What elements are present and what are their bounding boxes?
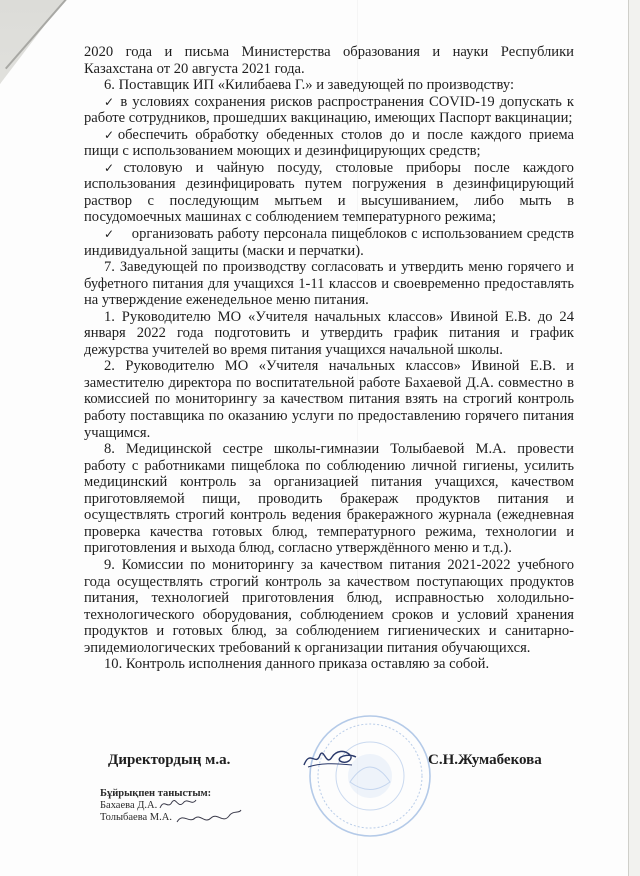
checkmark-icon: ✓ [104, 161, 124, 175]
signature-tolybaeva-icon [175, 808, 245, 828]
paragraph-continuation: 2020 года и письма Министерства образова… [84, 44, 574, 77]
official-stamp-icon [300, 712, 440, 844]
checklist-text: организовать работу персонала пищеблоков… [84, 226, 574, 259]
checkmark-icon: ✓ [104, 95, 115, 109]
paragraph-8: 8. Медицинской сестре школы-гимназии Тол… [84, 441, 574, 557]
paragraph-2: 2. Руководителю МО «Учителя начальных кл… [84, 358, 574, 441]
checklist-item: ✓ организовать работу персонала пищеблок… [84, 226, 574, 259]
signature-block: Директордың м.а. С.Н.Жумабекова [108, 752, 588, 774]
checklist-item: ✓столовую и чайную посуду, столовые приб… [84, 160, 574, 226]
paragraph-10: 10. Контроль исполнения данного приказа … [84, 656, 574, 673]
checklist-item: ✓обеспечить обработку обеденных столов д… [84, 127, 574, 160]
checklist-text: обеспечить обработку обеденных столов до… [84, 127, 574, 160]
signature-name: С.Н.Жумабекова [428, 752, 542, 769]
signature-position: Директордың м.а. [108, 752, 230, 769]
page-edge-strip [628, 0, 640, 876]
checklist-text: столовую и чайную посуду, столовые прибо… [84, 160, 574, 226]
paragraph-6: 6. Поставщик ИП «Килибаева Г.» и заведую… [84, 77, 574, 94]
checklist-item: ✓ в условиях сохранения рисков распростр… [84, 94, 574, 127]
paragraph-7: 7. Заведующей по производству согласоват… [84, 259, 574, 309]
document-body: 2020 года и письма Министерства образова… [84, 44, 574, 673]
paragraph-1: 1. Руководителю МО «Учителя начальных кл… [84, 309, 574, 359]
checkmark-icon: ✓ [104, 128, 118, 142]
paragraph-9: 9. Комиссии по мониторингу за качеством … [84, 557, 574, 656]
checklist-text: в условиях сохранения рисков распростран… [84, 94, 574, 127]
checkmark-icon: ✓ [104, 227, 115, 241]
